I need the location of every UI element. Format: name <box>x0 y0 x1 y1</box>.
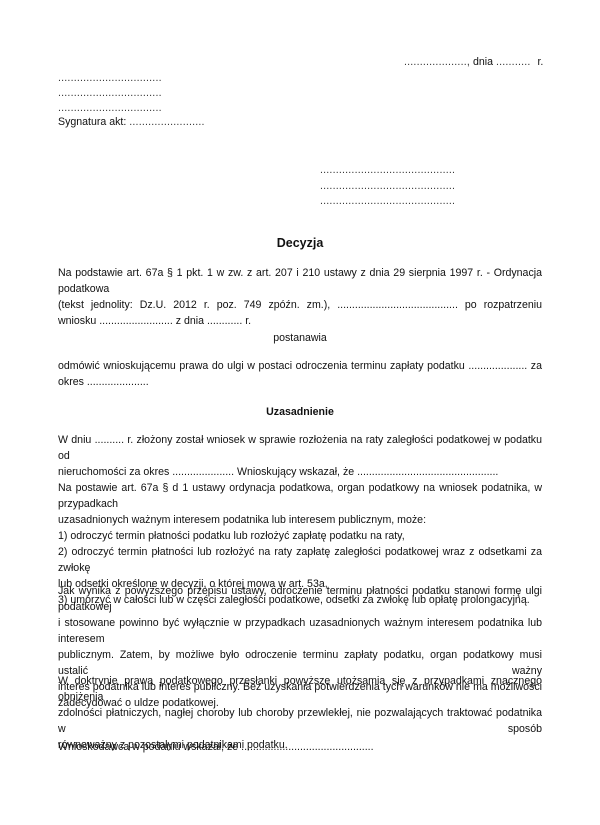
applicant-line: Wnioskodawca w podaniu wskazał, że .....… <box>58 739 542 755</box>
signature-blank[interactable]: ........................ <box>129 116 204 128</box>
recipient-line-2[interactable]: ........................................… <box>320 180 455 193</box>
doctrine-line: zdolności płatniczych, nagłej choroby lu… <box>58 705 542 737</box>
basis-line: Na podstawie art. 67a § 1 pkt. 1 w zw. z… <box>58 265 542 297</box>
signature-label: Sygnatura akt: <box>58 116 126 128</box>
submitted-line: W dniu .......... r. złożony został wnio… <box>58 432 542 464</box>
submitted-line: nieruchomości za okres .................… <box>58 464 542 480</box>
law-line: uzasadnionych ważnym interesem podatnika… <box>58 512 542 528</box>
case-signature: Sygnatura akt: ........................ <box>58 116 205 129</box>
recipient-line-1[interactable]: ........................................… <box>320 164 455 177</box>
law-list-item-2: 2) odroczyć termin płatności lub rozłoży… <box>58 544 542 576</box>
law-line: Na postawie art. 67a § d 1 ustawy ordyna… <box>58 480 542 512</box>
decision-paragraph: odmówić wnioskującemu prawa do ulgi w po… <box>58 358 542 390</box>
document-title: Decyzja <box>0 236 600 250</box>
authority-line-1[interactable]: ................................. <box>58 72 162 85</box>
year-suffix: r. <box>537 56 543 68</box>
place-blank[interactable]: ...................., <box>404 56 470 68</box>
decides-label: postanawia <box>0 332 600 345</box>
document-page: ...................., dnia ........... r… <box>0 0 600 825</box>
basis-paragraph: Na podstawie art. 67a § 1 pkt. 1 w zw. z… <box>58 265 542 329</box>
submitted-paragraph: W dniu .......... r. złożony został wnio… <box>58 432 542 480</box>
interp-line: Jak wynika z powyższego przepisu ustawy,… <box>58 583 542 615</box>
doctrine-line: W doktrynie prawa podatkowego przesłanki… <box>58 673 542 705</box>
authority-line-3[interactable]: ................................. <box>58 102 162 115</box>
law-list-item-1: 1) odroczyć termin płatności podatku lub… <box>58 528 542 544</box>
decision-line: okres ..................... <box>58 374 542 390</box>
interp-line: i stosowane powinno być wyłącznie w przy… <box>58 615 542 647</box>
recipient-line-3[interactable]: ........................................… <box>320 195 455 208</box>
decision-line: odmówić wnioskującemu prawa do ulgi w po… <box>58 358 542 374</box>
dnia-label: dnia <box>473 56 493 68</box>
applicant-paragraph: Wnioskodawca w podaniu wskazał, że .....… <box>58 739 542 755</box>
basis-line: (tekst jednolity: Dz.U. 2012 r. poz. 749… <box>58 297 542 313</box>
authority-line-2[interactable]: ................................. <box>58 87 162 100</box>
basis-line: wniosku ......................... z dnia… <box>58 313 542 329</box>
justification-title: Uzasadnienie <box>0 406 600 419</box>
date-blank[interactable]: ........... <box>496 56 531 68</box>
date-line: ...................., dnia ........... r… <box>404 56 543 69</box>
